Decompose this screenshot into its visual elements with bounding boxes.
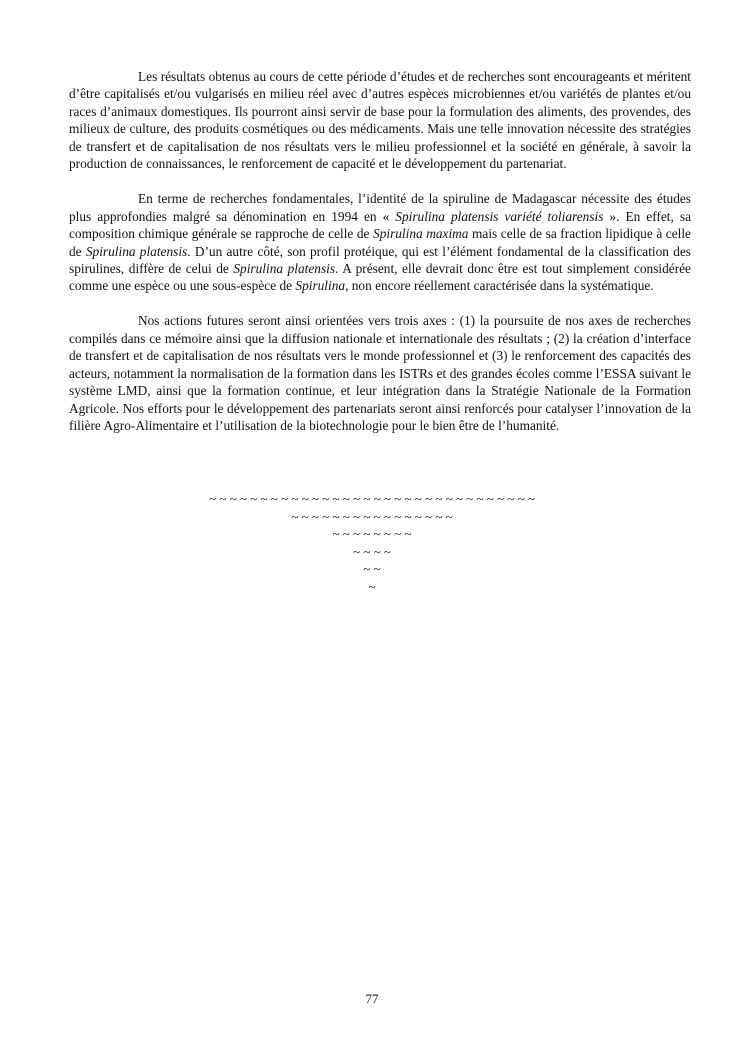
italic-term: Spirulina platensis [86,244,187,259]
paragraph-results: Les résultats obtenus au cours de cette … [69,68,691,173]
ornament-row: ~ ~ ~ ~ ~ ~ ~ ~ ~ ~ ~ ~ ~ ~ ~ ~ [0,508,744,526]
ornament-row: ~ ~ ~ ~ ~ ~ ~ ~ ~ ~ ~ ~ ~ ~ ~ ~ ~ ~ ~ ~ … [0,490,744,508]
page-number: 77 [0,991,744,1007]
text-run: Les résultats obtenus au cours de cette … [69,69,691,171]
text-run: , non encore réellement caractérisée dan… [345,278,654,293]
ornament-row: ~ ~ ~ ~ [0,543,744,561]
paragraph-fundamental-research: En terme de recherches fondamentales, l’… [69,190,691,295]
document-page: Les résultats obtenus au cours de cette … [0,0,744,1053]
ornament-row: ~ ~ [0,560,744,578]
body-text: Les résultats obtenus au cours de cette … [69,68,691,434]
italic-term: Spirulina platensis [233,261,335,276]
tilde-ornament: ~ ~ ~ ~ ~ ~ ~ ~ ~ ~ ~ ~ ~ ~ ~ ~ ~ ~ ~ ~ … [0,490,744,595]
ornament-row: ~ ~ ~ ~ ~ ~ ~ ~ [0,525,744,543]
italic-term: Spirulina platensis variété toliarensis [395,209,603,224]
paragraph-future-actions: Nos actions futures seront ainsi orienté… [69,312,691,434]
italic-term: Spirulina [295,278,345,293]
ornament-row: ~ [0,578,744,596]
italic-term: Spirulina maxima [373,226,468,241]
text-run: Nos actions futures seront ainsi orienté… [69,313,691,433]
